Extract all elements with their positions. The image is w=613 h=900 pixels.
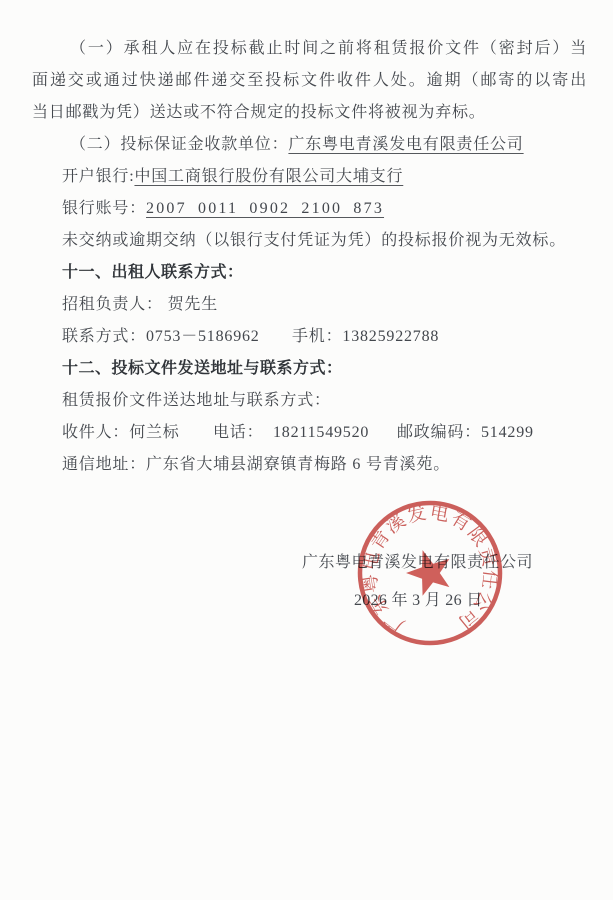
contact-person-line: 招租负责人： 贺先生 <box>32 289 587 321</box>
postal-code-value: 邮政编码：514299 <box>397 417 534 449</box>
invalid-note-line: 未交纳或逾期交纳（以银行支付凭证为凭）的投标报价视为无效标。 <box>32 225 587 257</box>
para1-line1: （一）承租人应在投标截止时间之前将租赁报价文件（密封后）当 <box>32 33 587 65</box>
bank-name-value: 中国工商银行股份有限公司大埔支行 <box>134 168 403 185</box>
document-body: （一）承租人应在投标截止时间之前将租赁报价文件（密封后）当 面递交或通过快递邮件… <box>32 33 587 481</box>
para1-line2: 面递交或通过快递邮件递交至投标文件收件人处。逾期（邮寄的以寄出 <box>32 65 587 97</box>
address-line: 通信地址：广东省大埔县湖寮镇青梅路 6 号青溪苑。 <box>32 449 587 481</box>
account-number-value: 2007 0011 0902 2100 873 <box>146 200 384 217</box>
phone-line: 联系方式：0753－5186962手机：13825922788 <box>32 321 587 353</box>
deposit-payee-line: （二）投标保证金收款单位：广东粤电青溪发电有限责任公司 <box>32 129 587 161</box>
bank-line: 开户银行:中国工商银行股份有限公司大埔支行 <box>32 161 587 193</box>
section-11-heading: 十一、出租人联系方式： <box>32 257 587 289</box>
signature-date: 2026 年 3 月 26 日 <box>354 585 483 617</box>
section-12-heading: 十二、投标文件发送地址与联系方式： <box>32 353 587 385</box>
phone-value: 联系方式：0753－5186962 <box>62 328 260 345</box>
bank-label: 开户银行: <box>62 168 134 185</box>
account-label: 银行账号： <box>62 200 146 217</box>
document-page: （一）承租人应在投标截止时间之前将租赁报价文件（密封后）当 面递交或通过快递邮件… <box>0 0 613 900</box>
deposit-payee-value: 广东粤电青溪发电有限责任公司 <box>288 136 523 153</box>
recipient-line: 收件人：何兰标电话：18211549520邮政编码：514299 <box>32 417 587 449</box>
mobile-value: 手机：13825922788 <box>292 321 439 353</box>
recipient-phone-value: 18211549520 <box>273 417 369 449</box>
delivery-intro-line: 租赁报价文件送达地址与联系方式： <box>32 385 587 417</box>
recipient-name: 收件人：何兰标 <box>62 424 180 441</box>
signature-company: 广东粤电青溪发电有限责任公司 <box>302 547 533 579</box>
recipient-phone-label: 电话： <box>213 417 263 449</box>
account-line: 银行账号：2007 0011 0902 2100 873 <box>32 193 587 225</box>
para1-line3: 当日邮戳为凭）送达或不符合规定的投标文件将被视为弃标。 <box>32 97 587 129</box>
deposit-payee-label: （二）投标保证金收款单位： <box>70 136 288 153</box>
